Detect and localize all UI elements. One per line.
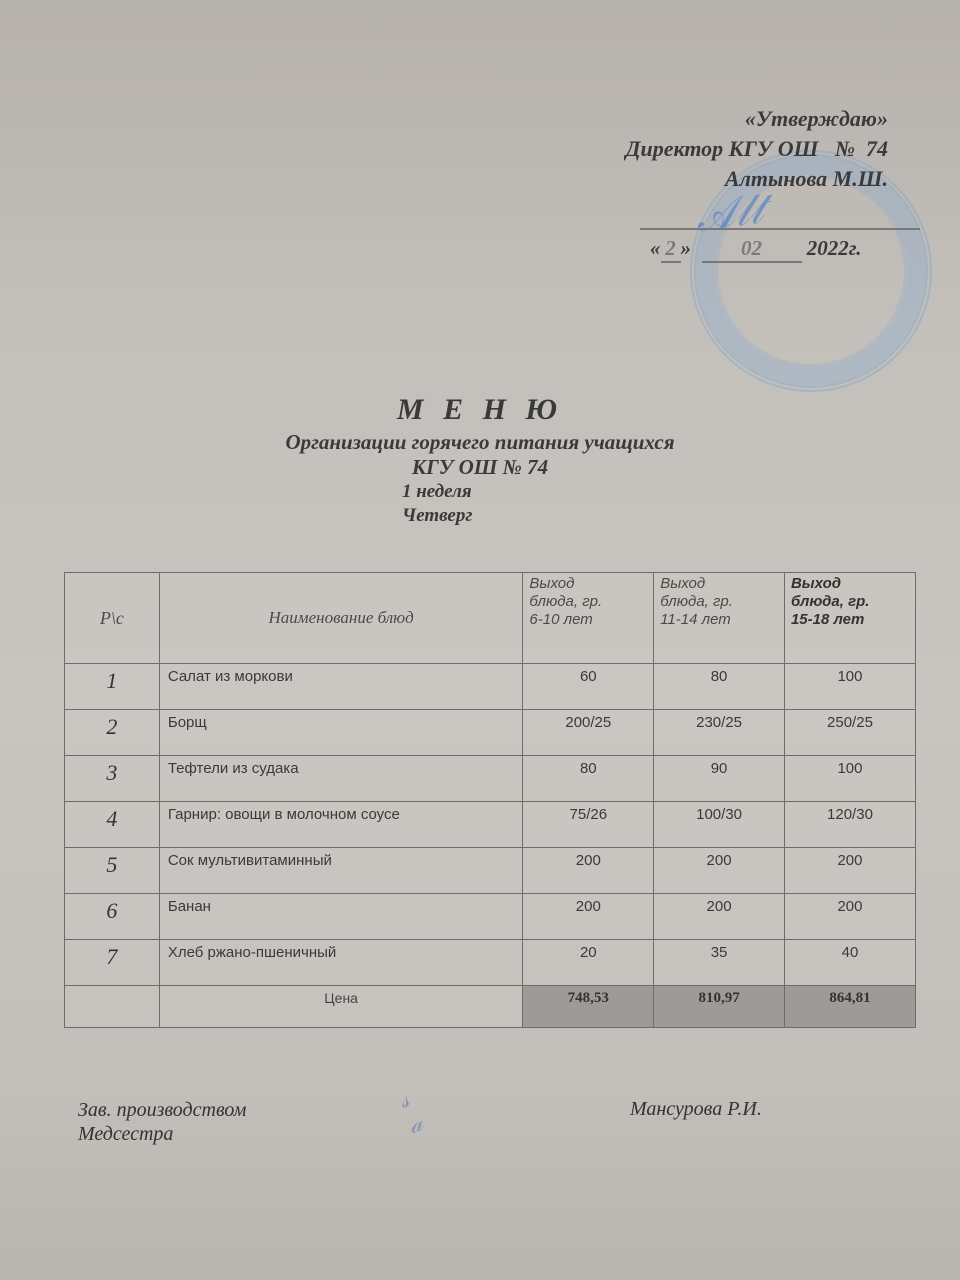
approval-heading: «Утверждаю» — [625, 104, 888, 134]
output-11-14: 90 — [654, 756, 785, 802]
output-6-10: 20 — [523, 940, 654, 986]
row-number: 7 — [65, 940, 160, 986]
dish-name: Хлеб ржано-пшеничный — [159, 940, 523, 986]
output-6-10: 80 — [523, 756, 654, 802]
row-number: 3 — [65, 756, 160, 802]
page-subtitle: Организации горячего питания учащихся — [0, 430, 960, 454]
date-day: 2 — [661, 236, 681, 263]
output-11-14: 230/25 — [654, 710, 785, 756]
director-signature-icon: 𝒜𝓁𝓉 — [692, 184, 766, 243]
output-6-10: 60 — [523, 664, 654, 710]
dish-name: Борщ — [159, 710, 523, 756]
row-number: 1 — [65, 664, 160, 710]
table-row: 6Банан200200200 — [65, 894, 916, 940]
footer-signature-icon: 𝓈𝒶 — [396, 1076, 464, 1174]
row-number: 4 — [65, 802, 160, 848]
school-name: КГУ ОШ № 74 — [0, 454, 960, 480]
header-dish-name: Наименование блюд — [159, 573, 523, 664]
table-row: 1Салат из моркови6080100 — [65, 664, 916, 710]
page-title: М Е Н Ю — [0, 390, 960, 430]
table-row: 3Тефтели из судака8090100 — [65, 756, 916, 802]
output-15-18: 100 — [784, 664, 915, 710]
output-15-18: 40 — [784, 940, 915, 986]
footer-roles: Зав. производством Медсестра — [78, 1098, 246, 1146]
table-header-row: Р\с Наименование блюд Выход блюда, гр. 6… — [65, 573, 916, 664]
price-11-14: 810,97 — [654, 986, 785, 1028]
header-output-15-18: Выход блюда, гр. 15-18 лет — [784, 573, 915, 664]
output-11-14: 100/30 — [654, 802, 785, 848]
header-output-6-10: Выход блюда, гр. 6-10 лет — [523, 573, 654, 664]
table-row: 5Сок мультивитаминный200200200 — [65, 848, 916, 894]
output-15-18: 100 — [784, 756, 915, 802]
dish-name: Тефтели из судака — [159, 756, 523, 802]
price-label: Цена — [159, 986, 523, 1028]
footer-role-production-head: Зав. производством — [78, 1098, 246, 1122]
day-label: Четверг — [0, 504, 960, 528]
output-15-18: 120/30 — [784, 802, 915, 848]
date-year: 2022г. — [807, 236, 862, 260]
output-11-14: 200 — [654, 848, 785, 894]
price-6-10: 748,53 — [523, 986, 654, 1028]
row-number: 6 — [65, 894, 160, 940]
footer-name: Мансурова Р.И. — [630, 1098, 762, 1121]
price-empty-cell — [65, 986, 160, 1028]
output-11-14: 80 — [654, 664, 785, 710]
approval-director: Директор КГУ ОШ № 74 — [625, 134, 888, 164]
price-row: Цена 748,53 810,97 864,81 — [65, 986, 916, 1028]
output-15-18: 200 — [784, 894, 915, 940]
output-11-14: 200 — [654, 894, 785, 940]
date-month: 02 — [702, 236, 802, 263]
dish-name: Гарнир: овощи в молочном соусе — [159, 802, 523, 848]
output-15-18: 250/25 — [784, 710, 915, 756]
table-row: 7Хлеб ржано-пшеничный203540 — [65, 940, 916, 986]
menu-titles: М Е Н Ю Организации горячего питания уча… — [0, 390, 960, 528]
header-number: Р\с — [65, 573, 160, 664]
approval-date: «2» 02 2022г. — [650, 236, 861, 263]
menu-table: Р\с Наименование блюд Выход блюда, гр. 6… — [64, 572, 916, 1028]
price-15-18: 864,81 — [784, 986, 915, 1028]
row-number: 5 — [65, 848, 160, 894]
footer-role-nurse: Медсестра — [78, 1122, 246, 1146]
table-row: 4Гарнир: овощи в молочном соусе75/26100/… — [65, 802, 916, 848]
approval-block: «Утверждаю» Директор КГУ ОШ № 74 Алтынов… — [625, 104, 888, 194]
output-11-14: 35 — [654, 940, 785, 986]
output-6-10: 200/25 — [523, 710, 654, 756]
dish-name: Сок мультивитаминный — [159, 848, 523, 894]
week-label: 1 неделя — [0, 480, 960, 504]
signature-line — [640, 228, 920, 230]
table-row: 2Борщ200/25230/25250/25 — [65, 710, 916, 756]
output-6-10: 200 — [523, 894, 654, 940]
output-6-10: 200 — [523, 848, 654, 894]
document-page: «Утверждаю» Директор КГУ ОШ № 74 Алтынов… — [0, 0, 960, 1280]
output-15-18: 200 — [784, 848, 915, 894]
output-6-10: 75/26 — [523, 802, 654, 848]
row-number: 2 — [65, 710, 160, 756]
dish-name: Салат из моркови — [159, 664, 523, 710]
header-output-11-14: Выход блюда, гр. 11-14 лет — [654, 573, 785, 664]
dish-name: Банан — [159, 894, 523, 940]
